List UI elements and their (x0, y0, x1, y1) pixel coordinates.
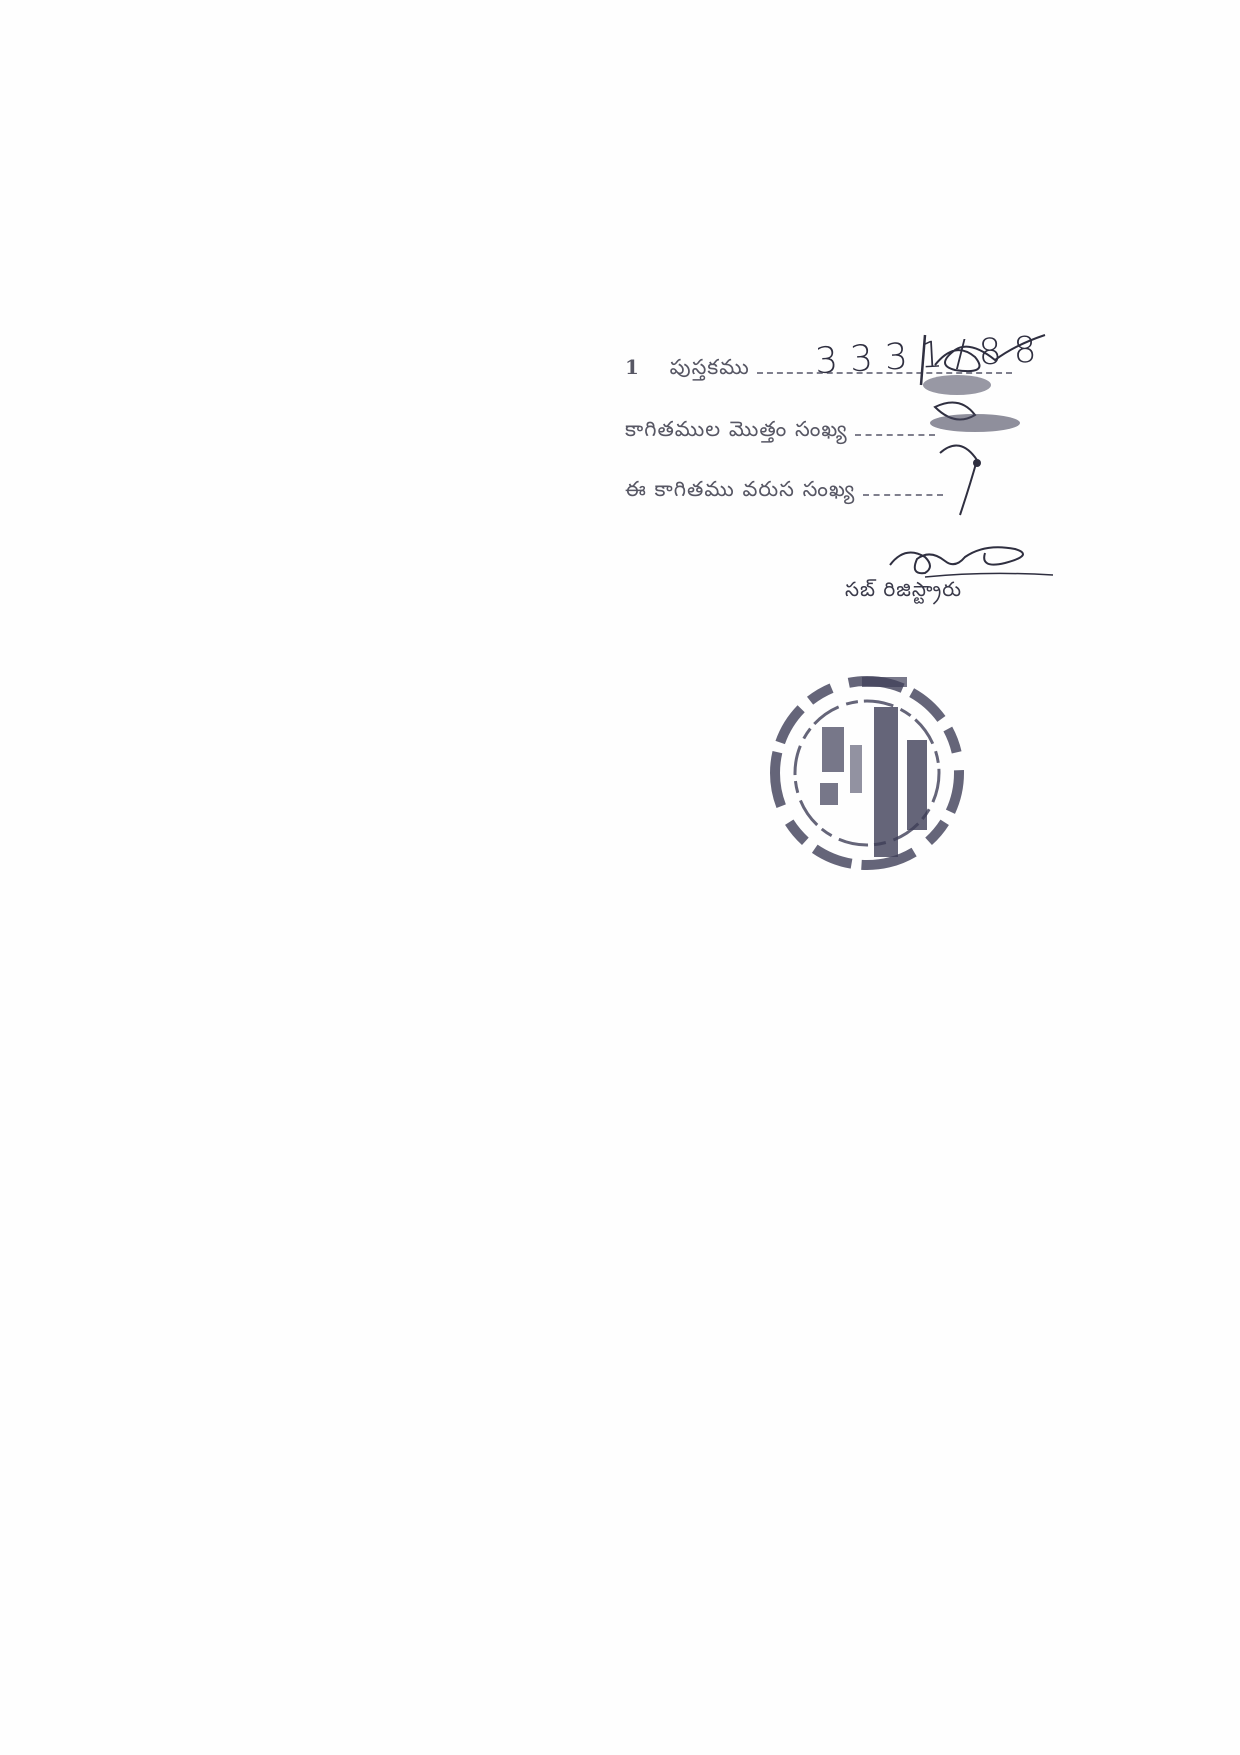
official-seal-icon (762, 665, 972, 875)
sheet-serial-label: ఈ కాగితము వరుస సంఖ్య (625, 477, 855, 507)
scanned-page: 1 పుస్తకము 3331/88 కాగితముల మొత్తం సంఖ్య… (0, 0, 1240, 1755)
book-prefix: 1 (625, 355, 640, 379)
sub-registrar-signature: సబ్ రిజిస్ట్రారు (845, 535, 1055, 625)
total-sheets-line: కాగితముల మొత్తం సంఖ్య (625, 417, 935, 447)
total-sheets-label: కాగితముల మొత్తం సంఖ్య (625, 417, 848, 447)
sheet-serial-line: ఈ కాగితము వరుస సంఖ్య (625, 477, 943, 507)
handwritten-marks-icon (915, 335, 1075, 535)
book-label: పుస్తకము (670, 355, 750, 385)
sub-registrar-title: సబ్ రిజిస్ట్రారు (845, 577, 962, 606)
